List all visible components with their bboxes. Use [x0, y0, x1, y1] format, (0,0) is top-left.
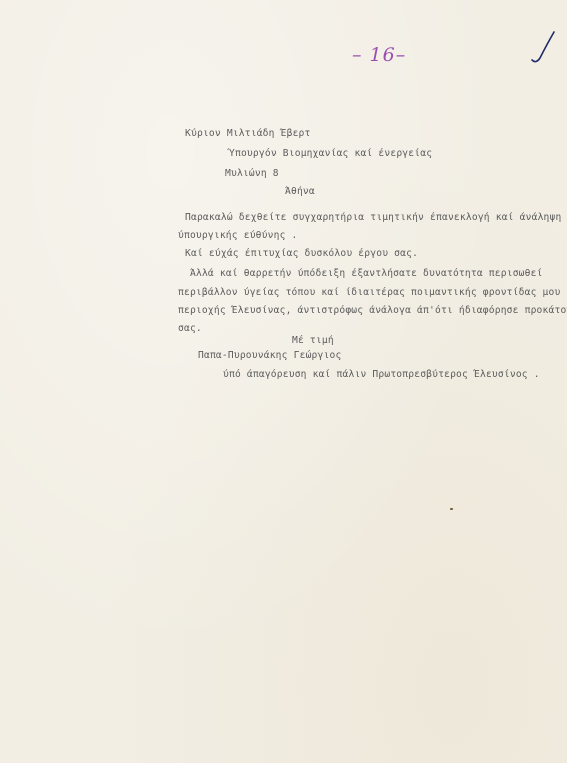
recipient-title: Ύπουργόν Βιομηχανίας καί ένεργείας — [229, 148, 432, 159]
body-line: Καί εύχάς έπιτυχίας δυσκόλου έργου σας. — [185, 248, 418, 259]
page-number: – 16– — [352, 44, 406, 66]
body-line: περιοχής Έλευσίνας, άντιστρόφως άνάλογα … — [178, 305, 567, 316]
check-mark-icon — [528, 30, 558, 66]
recipient-street: Μυλιώνη 8 — [225, 168, 279, 179]
recipient-city: Άθήνα — [285, 186, 315, 197]
signature-title: ύπό άπαγόρευση καί πάλιν Πρωτοπρεσβύτερο… — [223, 369, 540, 380]
closing-salutation: Μέ τιμή — [292, 335, 334, 346]
recipient-name: Κύριον Μιλτιάδη Έβερτ — [185, 128, 311, 139]
signature-name: Παπα-Πυρουνάκης Γεώργιος — [198, 350, 341, 361]
body-line: περιβάλλον ύγείας τόπου καί ίδιαιτέρας π… — [178, 287, 560, 298]
body-line: σας. — [178, 323, 202, 334]
body-line: Παρακαλώ δεχθείτε συγχαρητήρια τιμητικήν… — [185, 212, 561, 223]
paper-speck — [450, 508, 453, 510]
body-line: Άλλά καί θαρρετήν ύπόδειξη έξαντλήσατε δ… — [190, 268, 543, 279]
paper-background — [0, 0, 567, 763]
body-line: ύπουργικής εύθύνης . — [178, 230, 298, 241]
